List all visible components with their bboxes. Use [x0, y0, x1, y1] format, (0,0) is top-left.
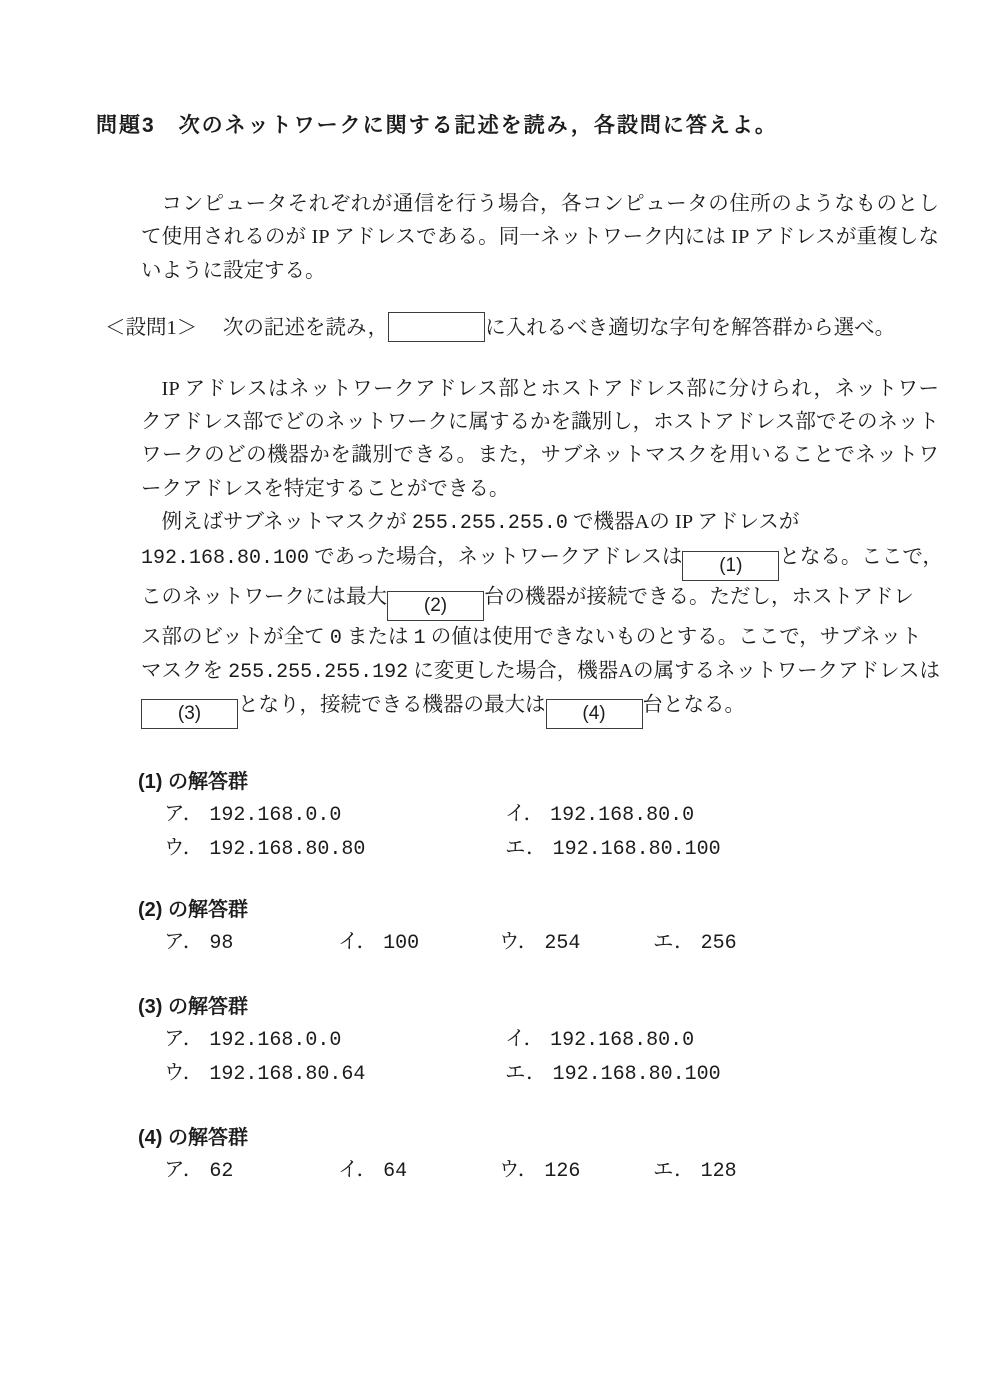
- numeric-text: 1: [414, 627, 426, 650]
- blank-box-1: (1): [682, 551, 779, 581]
- option-key: ウ．: [164, 837, 203, 859]
- option-value: 192.168.80.80: [209, 838, 365, 861]
- option-value: 62: [209, 1160, 233, 1183]
- option-key: ウ．: [499, 1159, 538, 1181]
- text-segment: であった場合，ネットワークアドレスは: [309, 546, 682, 568]
- answer-group-1: (1) の解答群 ア．192.168.0.0 イ．192.168.80.0 ウ．…: [141, 766, 939, 866]
- option-value: 128: [701, 1160, 737, 1183]
- text-segment: となり，接続できる機器の最大は: [238, 694, 546, 716]
- option-value: 256: [701, 932, 737, 955]
- option-value: 192.168.80.100: [553, 1063, 721, 1086]
- text-segment: このネットワークには最大: [141, 586, 387, 608]
- question1-suffix: に入れるべき適切な字句を解答群から選べ。: [485, 317, 895, 339]
- numeric-text: 255.255.255.0: [412, 512, 568, 535]
- option-key: イ．: [338, 931, 377, 953]
- blank-box-2: (2): [387, 591, 484, 621]
- text-segment: で機器Aの IP アドレスが: [568, 511, 800, 533]
- blank-box-4: (4): [546, 699, 643, 729]
- option-value: 98: [209, 932, 233, 955]
- numeric-text: 192.168.80.100: [141, 547, 309, 570]
- option-2-e: エ．256: [653, 926, 939, 960]
- example-line: (3)となり，接続できる機器の最大は(4)台となる。: [141, 689, 1001, 729]
- blank-box-empty: [388, 312, 485, 342]
- answer-group-4-heading: (4) の解答群: [138, 1122, 939, 1154]
- answer-group-3-heading: (3) の解答群: [138, 991, 939, 1023]
- option-3-a: ア．192.168.0.0: [164, 1023, 505, 1057]
- option-4-u: ウ．126: [499, 1154, 653, 1188]
- text-segment: 例えばサブネットマスクが: [141, 511, 412, 533]
- answer-group-4: (4) の解答群 ア．62 イ．64 ウ．126 エ．128: [141, 1122, 939, 1188]
- question1-prefix: ＜設問1＞ 次の記述を読み，: [105, 317, 388, 339]
- option-4-i: イ．64: [338, 1154, 499, 1188]
- text-segment: となる。ここで，: [779, 546, 943, 568]
- option-key: ウ．: [499, 931, 538, 953]
- text-segment: 台となる。: [643, 694, 746, 716]
- example-line: 192.168.80.100 であった場合，ネットワークアドレスは(1)となる。…: [141, 541, 1001, 581]
- option-value: 126: [544, 1160, 580, 1183]
- text-segment: に変更した場合，機器Aの属するネットワークアドレスは: [408, 660, 940, 682]
- option-value: 192.168.80.64: [209, 1063, 365, 1086]
- answer-group-2: (2) の解答群 ア．98 イ．100 ウ．254 エ．256: [141, 894, 939, 960]
- text-segment: ス部のビットが全て: [141, 626, 330, 648]
- text-segment: または: [342, 626, 414, 648]
- option-2-a: ア．98: [164, 926, 338, 960]
- exam-page: 問題3 次のネットワークに関する記述を読み，各設問に答えよ。 コンピュータそれぞ…: [0, 0, 1007, 1387]
- option-1-e: エ．192.168.80.100: [505, 832, 939, 866]
- numeric-text: 255.255.255.192: [228, 661, 408, 684]
- option-key: ア．: [164, 803, 203, 825]
- option-key: イ．: [505, 803, 544, 825]
- answer-group-2-heading: (2) の解答群: [138, 894, 939, 926]
- option-key: ア．: [164, 1159, 203, 1181]
- option-1-u: ウ．192.168.80.80: [164, 832, 505, 866]
- option-key: ウ．: [164, 1062, 203, 1084]
- question1-prompt: ＜設問1＞ 次の記述を読み，に入れるべき適切な字句を解答群から選べ。: [105, 312, 939, 345]
- answer-group-2-options: ア．98 イ．100 ウ．254 エ．256: [164, 926, 939, 960]
- text-segment: 台の機器が接続できる。ただし，ホストアドレ: [484, 586, 914, 608]
- option-value: 192.168.0.0: [209, 804, 341, 827]
- option-value: 254: [544, 932, 580, 955]
- option-value: 192.168.0.0: [209, 1029, 341, 1052]
- option-key: エ．: [505, 1062, 547, 1084]
- option-1-a: ア．192.168.0.0: [164, 798, 505, 832]
- option-2-u: ウ．254: [499, 926, 653, 960]
- option-1-i: イ．192.168.80.0: [505, 798, 939, 832]
- page-title: 問題3 次のネットワークに関する記述を読み，各設問に答えよ。: [96, 112, 939, 140]
- option-2-i: イ．100: [338, 926, 499, 960]
- option-value: 192.168.80.0: [550, 804, 694, 827]
- answer-group-1-heading: (1) の解答群: [138, 766, 939, 798]
- option-value: 192.168.80.0: [550, 1029, 694, 1052]
- option-key: エ．: [505, 837, 547, 859]
- example-line: ス部のビットが全て 0 または 1 の値は使用できないものとする。ここで，サブネ…: [141, 621, 1001, 655]
- option-value: 100: [383, 932, 419, 955]
- intro-paragraph: コンピュータそれぞれが通信を行う場合，各コンピュータの住所のようなものとして使用…: [141, 188, 939, 288]
- option-3-e: エ．192.168.80.100: [505, 1057, 939, 1091]
- option-4-a: ア．62: [164, 1154, 338, 1188]
- answer-group-3-options: ア．192.168.0.0 イ．192.168.80.0 ウ．192.168.8…: [164, 1023, 939, 1091]
- numeric-text: 0: [330, 627, 342, 650]
- text-segment: マスクを: [141, 660, 228, 682]
- option-key: イ．: [505, 1028, 544, 1050]
- option-3-u: ウ．192.168.80.64: [164, 1057, 505, 1091]
- example-line: 例えばサブネットマスクが 255.255.255.0 で機器Aの IP アドレス…: [141, 506, 1001, 540]
- answer-group-1-options: ア．192.168.0.0 イ．192.168.80.0 ウ．192.168.8…: [164, 798, 939, 866]
- option-4-e: エ．128: [653, 1154, 939, 1188]
- example-line: このネットワークには最大(2)台の機器が接続できる。ただし，ホストアドレ: [141, 581, 1001, 621]
- option-key: ア．: [164, 1028, 203, 1050]
- option-key: イ．: [338, 1159, 377, 1181]
- answer-group-3: (3) の解答群 ア．192.168.0.0 イ．192.168.80.0 ウ．…: [141, 991, 939, 1091]
- text-segment: の値は使用できないものとする。ここで，サブネット: [426, 626, 922, 648]
- option-3-i: イ．192.168.80.0: [505, 1023, 939, 1057]
- option-value: 192.168.80.100: [553, 838, 721, 861]
- answer-group-4-options: ア．62 イ．64 ウ．126 エ．128: [164, 1154, 939, 1188]
- option-key: エ．: [653, 1159, 695, 1181]
- option-key: ア．: [164, 931, 203, 953]
- option-value: 64: [383, 1160, 407, 1183]
- blank-box-3: (3): [141, 699, 238, 729]
- example-line: マスクを 255.255.255.192 に変更した場合，機器Aの属するネットワ…: [141, 655, 1001, 689]
- option-key: エ．: [653, 931, 695, 953]
- example-paragraph: 例えばサブネットマスクが 255.255.255.0 で機器Aの IP アドレス…: [141, 506, 1001, 729]
- explanation-paragraph: IP アドレスはネットワークアドレス部とホストアドレス部に分けられ，ネットワーク…: [141, 373, 939, 507]
